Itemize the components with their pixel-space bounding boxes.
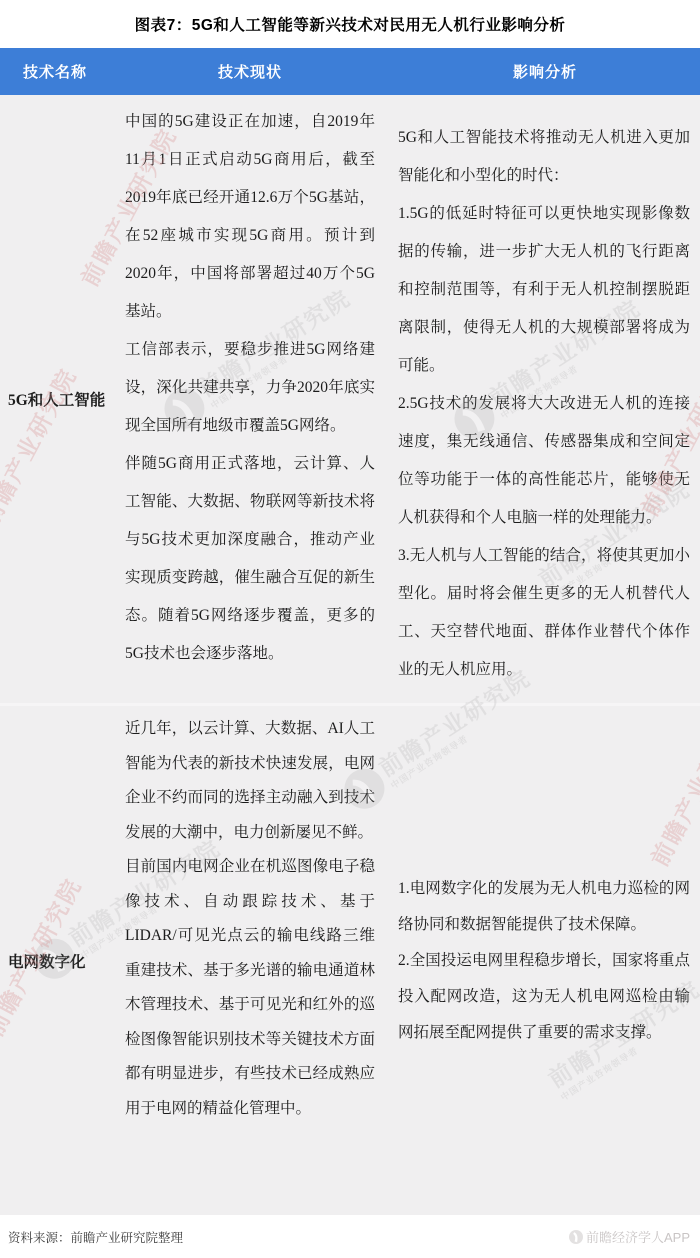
paragraph: 5G和人工智能技术将推动无人机进入更加智能化和小型化的时代： [398,119,690,195]
brand-mark: 前瞻经济学人APP [569,1227,690,1246]
paragraph: 目前国内电网企业在机巡图像电子稳像技术、自动跟踪技术、基于LIDAR/可见光点云… [125,850,375,1126]
header-impact-analysis: 影响分析 [390,48,700,95]
tech-name-cell: 5G和人工智能 [0,95,110,703]
tech-name-cell: 电网数字化 [0,706,110,1215]
brand-label: 前瞻经济学人APP [586,1227,690,1246]
data-source-label: 资料来源：前瞻产业研究院整理 [8,1228,183,1246]
footer: 资料来源：前瞻产业研究院整理 前瞻经济学人APP [0,1215,700,1258]
paragraph: 1.电网数字化的发展为无人机电力巡检的网络协同和数据智能提供了技术保障。 [398,871,690,943]
paragraph: 3.无人机与人工智能的结合，将使其更加小型化。届时将会催生更多的无人机替代人工、… [398,537,690,689]
impact-table: 技术名称 技术现状 影响分析 5G和人工智能 中国的5G建设正在加速，自2019… [0,48,700,1215]
paragraph: 2.5G技术的发展将大大改进无人机的连接速度，集无线通信、传感器集成和空间定位等… [398,385,690,537]
impact-analysis-cell: 5G和人工智能技术将推动无人机进入更加智能化和小型化的时代： 1.5G的低延时特… [390,95,700,703]
header-tech-status: 技术现状 [110,48,390,95]
table-body: 5G和人工智能 中国的5G建设正在加速，自2019年11月1日正式启动5G商用后… [0,95,700,1215]
table-row: 电网数字化 近几年，以云计算、大数据、AI人工智能为代表的新技术快速发展，电网企… [0,703,700,1215]
paragraph: 工信部表示，要稳步推进5G网络建设，深化共建共享，力争2020年底实现全国所有地… [125,331,375,445]
paragraph: 1.5G的低延时特征可以更快地实现影像数据的传输，进一步扩大无人机的飞行距离和控… [398,195,690,385]
table-header-row: 技术名称 技术现状 影响分析 [0,48,700,95]
paragraph: 伴随5G商用正式落地，云计算、人工智能、大数据、物联网等新技术将与5G技术更加深… [125,445,375,673]
paragraph: 近几年，以云计算、大数据、AI人工智能为代表的新技术快速发展，电网企业不约而同的… [125,712,375,850]
impact-analysis-cell: 1.电网数字化的发展为无人机电力巡检的网络协同和数据智能提供了技术保障。 2.全… [390,706,700,1215]
qianzhan-logo-icon [569,1230,583,1244]
page-title: 图表7：5G和人工智能等新兴技术对民用无人机行业影响分析 [135,13,566,35]
tech-status-cell: 中国的5G建设正在加速，自2019年11月1日正式启动5G商用后，截至2019年… [110,95,390,703]
chart-title-bar: 图表7：5G和人工智能等新兴技术对民用无人机行业影响分析 [0,0,700,48]
table-row: 5G和人工智能 中国的5G建设正在加速，自2019年11月1日正式启动5G商用后… [0,95,700,703]
paragraph: 中国的5G建设正在加速，自2019年11月1日正式启动5G商用后，截至2019年… [125,103,375,331]
header-tech-name: 技术名称 [0,48,110,95]
paragraph: 2.全国投运电网里程稳步增长，国家将重点投入配网改造，这为无人机电网巡检由输网拓… [398,943,690,1051]
tech-status-cell: 近几年，以云计算、大数据、AI人工智能为代表的新技术快速发展，电网企业不约而同的… [110,706,390,1215]
